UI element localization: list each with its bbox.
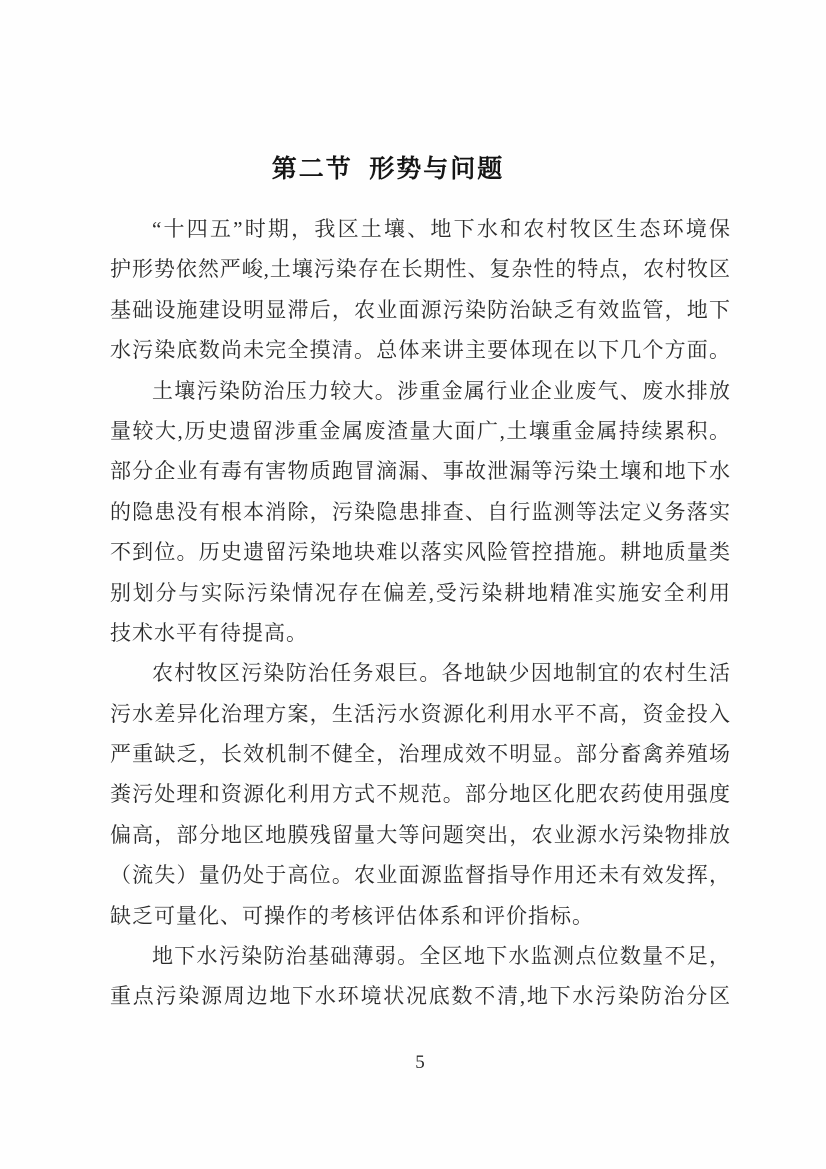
text-line: 缺乏可量化、可操作的考核评估体系和评价指标。 (110, 896, 730, 936)
text-line: 量较大,历史遗留涉重金属废渣量大面广,土壤重金属持续累积。 (110, 411, 730, 451)
text-line: “十四五”时期，我区土壤、地下水和农村牧区生态环境保 (110, 209, 730, 249)
section-title: 第二节 形势与问题 (110, 153, 730, 187)
text-line: 农村牧区污染防治任务艰巨。各地缺少因地制宜的农村生活 (110, 653, 730, 693)
text-line: 污水差异化治理方案，生活污水资源化利用水平不高，资金投入 (110, 694, 730, 734)
text-line: 护形势依然严峻,土壤污染存在长期性、复杂性的特点，农村牧区 (110, 249, 730, 289)
text-line: 偏高，部分地区地膜残留量大等问题突出，农业源水污染物排放 (110, 815, 730, 855)
text-line: 地下水污染防治基础薄弱。全区地下水监测点位数量不足， (110, 936, 730, 976)
text-line: 的隐患没有根本消除，污染隐患排查、自行监测等法定义务落实 (110, 492, 730, 532)
text-line: 基础设施建设明显滞后，农业面源污染防治缺乏有效监管，地下 (110, 290, 730, 330)
text-line: （流失）量仍处于高位。农业面源监督指导作用还未有效发挥， (110, 855, 730, 895)
document-page: 第二节 形势与问题 “十四五”时期，我区土壤、地下水和农村牧区生态环境保护形势依… (0, 0, 826, 1169)
text-line: 别划分与实际污染情况存在偏差,受污染耕地精准实施安全利用 (110, 573, 730, 613)
body-lines: “十四五”时期，我区土壤、地下水和农村牧区生态环境保护形势依然严峻,土壤污染存在… (110, 209, 730, 1017)
text-line: 粪污处理和资源化利用方式不规范。部分地区化肥农药使用强度 (110, 774, 730, 814)
text-line: 严重缺乏，长效机制不健全，治理成效不明显。部分畜禽养殖场 (110, 734, 730, 774)
text-line: 不到位。历史遗留污染地块难以落实风险管控措施。耕地质量类 (110, 532, 730, 572)
text-line: 重点污染源周边地下水环境状况底数不清,地下水污染防治分区 (110, 976, 730, 1016)
text-line: 水污染底数尚未完全摸清。总体来讲主要体现在以下几个方面。 (110, 330, 730, 370)
text-line: 技术水平有待提高。 (110, 613, 730, 653)
text-line: 部分企业有毒有害物质跑冒滴漏、事故泄漏等污染土壤和地下水 (110, 451, 730, 491)
text-line: 土壤污染防治压力较大。涉重金属行业企业废气、废水排放 (110, 371, 730, 411)
page-number: 5 (110, 1052, 730, 1074)
